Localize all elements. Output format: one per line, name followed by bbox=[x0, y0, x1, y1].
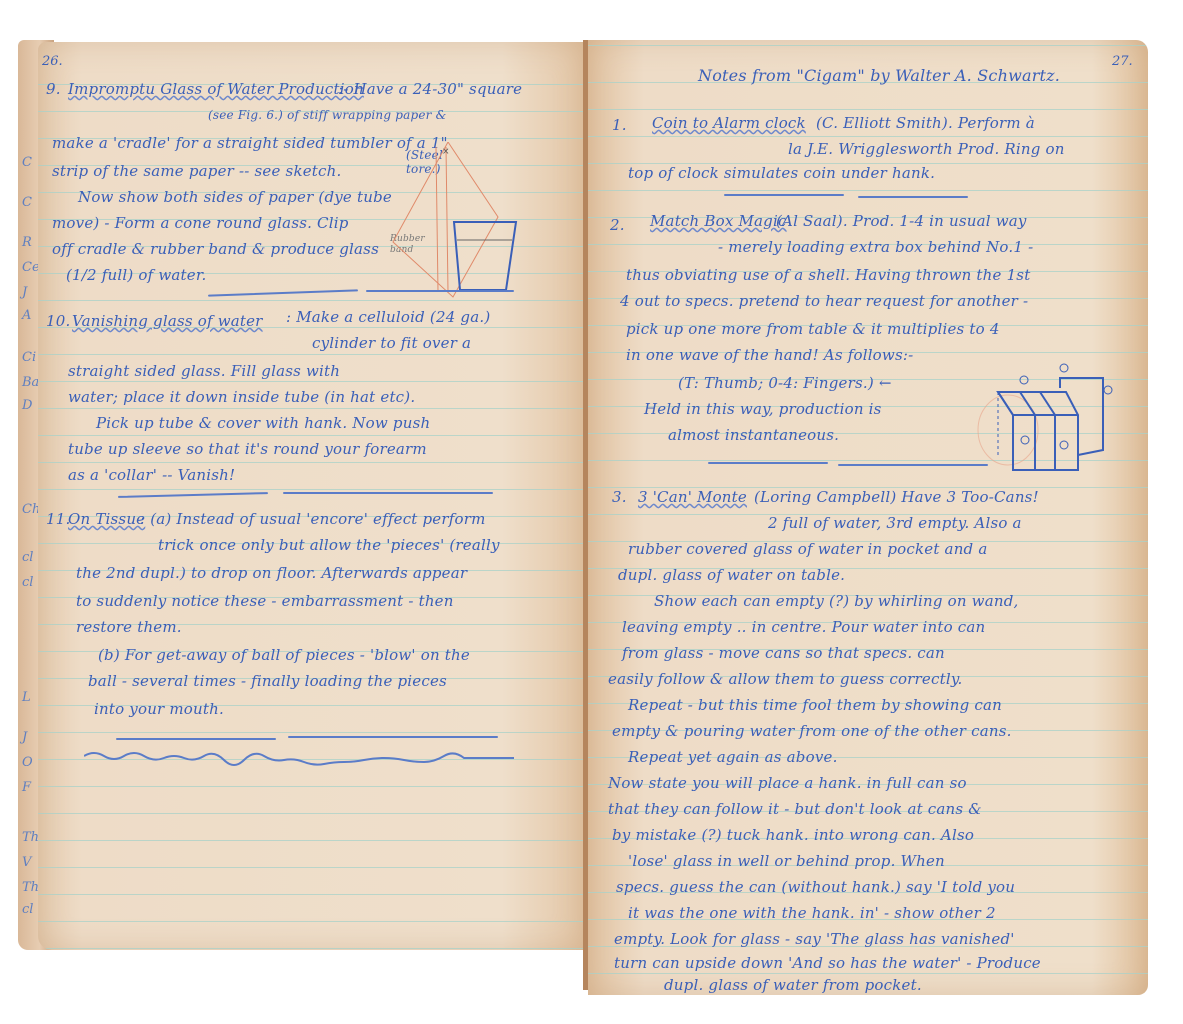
entry-line: Repeat yet again as above. bbox=[628, 744, 838, 771]
page-number: 27. bbox=[1112, 54, 1133, 69]
entry-title: On Tissue bbox=[68, 506, 145, 533]
section-divider bbox=[838, 464, 988, 466]
margin-letter: Ci bbox=[22, 350, 36, 365]
entry-line: (b) For get-away of ball of pieces - 'bl… bbox=[98, 642, 470, 669]
matchbox-hand-sketch bbox=[968, 360, 1118, 480]
section-divider bbox=[366, 290, 514, 292]
open-notebook: C C R Ce J A Ci Ba D Ch cl cl L J O F Th… bbox=[0, 0, 1183, 1024]
entry-line: water; place it down inside tube (in hat… bbox=[68, 384, 415, 411]
entry-line: (see Fig. 6.) of stiff wrapping paper & bbox=[208, 102, 447, 129]
entry-line: : (a) Instead of usual 'encore' effect p… bbox=[140, 506, 486, 533]
section-divider bbox=[116, 738, 276, 740]
entry-line: as a 'collar' -- Vanish! bbox=[68, 462, 235, 489]
entry-line: empty & pouring water from one of the ot… bbox=[612, 718, 1012, 745]
entry-line: trick once only but allow the 'pieces' (… bbox=[158, 532, 500, 559]
entry-number: 11. bbox=[46, 506, 70, 533]
margin-letter: O bbox=[22, 755, 33, 770]
entry-line: (C. Elliott Smith). Perform à bbox=[816, 110, 1035, 137]
margin-letter: F bbox=[22, 780, 31, 795]
entry-line: Now show both sides of paper (dye tube bbox=[78, 184, 392, 211]
entry-line: into your mouth. bbox=[94, 696, 224, 723]
entry-line: Repeat - but this time fool them by show… bbox=[628, 692, 1002, 719]
entry-line: rubber covered glass of water in pocket … bbox=[628, 536, 987, 563]
entry-line: Pick up tube & cover with hank. Now push bbox=[96, 410, 430, 437]
margin-letter: C bbox=[22, 155, 32, 170]
entry-line: 4 out to specs. pretend to hear request … bbox=[620, 288, 1028, 315]
entry-line: strip of the same paper -- see sketch. bbox=[52, 158, 341, 185]
entry-number: 2. bbox=[610, 212, 625, 239]
page-number: 26. bbox=[42, 54, 63, 69]
entry-line: straight sided glass. Fill glass with bbox=[68, 358, 340, 385]
entry-line: pick up one more from table & it multipl… bbox=[626, 316, 1000, 343]
entry-line: almost instantaneous. bbox=[668, 422, 839, 449]
entry-line: from glass - move cans so that specs. ca… bbox=[622, 640, 945, 667]
entry-line: off cradle & rubber band & produce glass bbox=[52, 236, 379, 263]
entry-line: (Al Saal). Prod. 1-4 in usual way bbox=[776, 208, 1027, 235]
entry-line: Show each can empty (?) by whirling on w… bbox=[654, 588, 1019, 615]
entry-line: (1/2 full) of water. bbox=[66, 262, 207, 289]
margin-letter: V bbox=[22, 855, 31, 870]
page-heading: Notes from "Cigam" by Walter A. Schwartz… bbox=[698, 62, 1060, 89]
entry-title: Coin to Alarm clock bbox=[652, 110, 806, 137]
entry-line: by mistake (?) tuck hank. into wrong can… bbox=[612, 822, 974, 849]
entry-title: Vanishing glass of water bbox=[72, 308, 263, 335]
entry-line: the 2nd dupl.) to drop on floor. Afterwa… bbox=[76, 560, 467, 587]
end-wavy-line bbox=[84, 748, 524, 772]
margin-letter: cl bbox=[22, 575, 33, 590]
entry-line: :- Have a 24-30" square bbox=[338, 76, 522, 103]
entry-line: dupl. glass of water on table. bbox=[618, 562, 845, 589]
entry-number: 10. bbox=[46, 308, 70, 335]
entry-title: Impromptu Glass of Water Production bbox=[68, 76, 364, 103]
margin-letter: R bbox=[22, 235, 32, 250]
section-divider bbox=[283, 492, 493, 494]
entry-title: Match Box Magic bbox=[650, 208, 787, 235]
entry-number: 3. bbox=[612, 484, 627, 511]
entry-line: tube up sleeve so that it's round your f… bbox=[68, 436, 427, 463]
section-divider bbox=[858, 196, 968, 198]
margin-letter: Th bbox=[22, 880, 39, 895]
entry-line: (Loring Campbell) Have 3 Too-Cans! bbox=[754, 484, 1039, 511]
entry-line: to suddenly notice these - embarrassment… bbox=[76, 588, 454, 615]
margin-letter: J bbox=[22, 285, 27, 300]
entry-line: dupl. glass of water from pocket. bbox=[664, 972, 922, 999]
entry-line: easily follow & allow them to guess corr… bbox=[608, 666, 962, 693]
margin-letter: L bbox=[22, 690, 31, 705]
margin-letter: Ba bbox=[22, 375, 39, 390]
svg-text:×: × bbox=[442, 147, 450, 157]
entry-line: Now state you will place a hank. in full… bbox=[608, 770, 967, 797]
entry-number: 9. bbox=[46, 76, 61, 103]
entry-line: 'lose' glass in well or behind prop. Whe… bbox=[628, 848, 945, 875]
section-divider bbox=[724, 194, 844, 196]
margin-letter: A bbox=[22, 308, 31, 323]
entry-line: ball - several times - finally loading t… bbox=[88, 668, 447, 695]
right-page: 27. Notes from "Cigam" by Walter A. Schw… bbox=[588, 40, 1148, 995]
entry-line: la J.E. Wrigglesworth Prod. Ring on bbox=[788, 136, 1065, 163]
margin-letter: cl bbox=[22, 902, 33, 917]
entry-line: Held in this way, production is bbox=[644, 396, 882, 423]
margin-letter: D bbox=[22, 398, 32, 413]
entry-line: empty. Look for glass - say 'The glass h… bbox=[614, 926, 1015, 953]
entry-line: cylinder to fit over a bbox=[312, 330, 471, 357]
entry-line: thus obviating use of a shell. Having th… bbox=[626, 262, 1030, 289]
entry-line: - merely loading extra box behind No.1 - bbox=[718, 234, 1033, 261]
entry-line: move) - Form a cone round glass. Clip bbox=[52, 210, 349, 237]
entry-line: in one wave of the hand! As follows:- bbox=[626, 342, 913, 369]
entry-line: : Make a celluloid (24 ga.) bbox=[286, 304, 490, 331]
margin-letter: C bbox=[22, 195, 32, 210]
entry-line: top of clock simulates coin under hank. bbox=[628, 160, 935, 187]
left-page: 26. 9. Impromptu Glass of Water Producti… bbox=[38, 42, 584, 950]
entry-line: that they can follow it - but don't look… bbox=[608, 796, 982, 823]
cone-glass-sketch: × bbox=[378, 142, 558, 302]
entry-number: 1. bbox=[612, 112, 627, 139]
margin-letter: J bbox=[22, 730, 27, 745]
entry-line: 2 full of water, 3rd empty. Also a bbox=[768, 510, 1022, 537]
entry-line: (T: Thumb; 0-4: Fingers.) ← bbox=[678, 370, 892, 397]
margin-letter: Th bbox=[22, 830, 39, 845]
entry-line: restore them. bbox=[76, 614, 182, 641]
entry-line: specs. guess the can (without hank.) say… bbox=[616, 874, 1015, 901]
entry-title: 3 'Can' Monte bbox=[638, 484, 747, 511]
margin-letter: cl bbox=[22, 550, 33, 565]
section-divider bbox=[708, 462, 828, 464]
margin-letter: Ce bbox=[22, 260, 40, 275]
entry-line: it was the one with the hank. in' - show… bbox=[628, 900, 996, 927]
section-divider bbox=[288, 736, 498, 738]
entry-line: leaving empty .. in centre. Pour water i… bbox=[622, 614, 985, 641]
